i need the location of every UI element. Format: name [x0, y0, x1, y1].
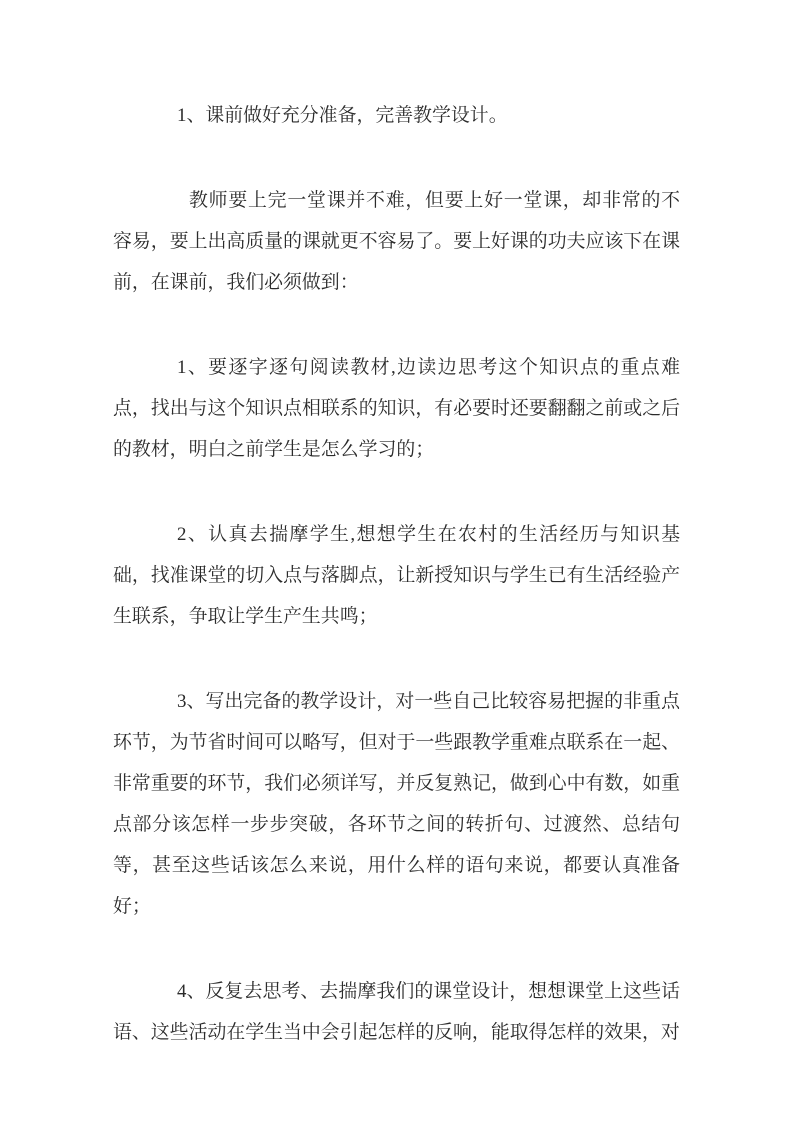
document-page: 1、课前做好充分准备，完善教学设计。教师要上完一堂课并不难，但要上好一堂课，却非… — [0, 0, 793, 1122]
paragraph-2: 教师要上完一堂课并不难，但要上好一堂课，却非常的不容易，要上出高质量的课就更不容… — [113, 180, 680, 303]
document-body: 1、课前做好充分准备，完善教学设计。教师要上完一堂课并不难，但要上好一堂课，却非… — [113, 95, 680, 1053]
paragraph-4: 2、认真去揣摩学生,想想学生在农村的生活经历与知识基础，找准课堂的切入点与落脚点… — [113, 514, 680, 637]
paragraph-3: 1、要逐字逐句阅读教材,边读边思考这个知识点的重点难点，找出与这个知识点相联系的… — [113, 347, 680, 470]
paragraph-6: 4、反复去思考、去揣摩我们的课堂设计，想想课堂上这些话语、这些活动在学生当中会引… — [113, 971, 680, 1053]
paragraph-1: 1、课前做好充分准备，完善教学设计。 — [113, 95, 680, 136]
paragraph-5: 3、写出完备的教学设计，对一些自己比较容易把握的非重点环节，为节省时间可以略写，… — [113, 681, 680, 927]
